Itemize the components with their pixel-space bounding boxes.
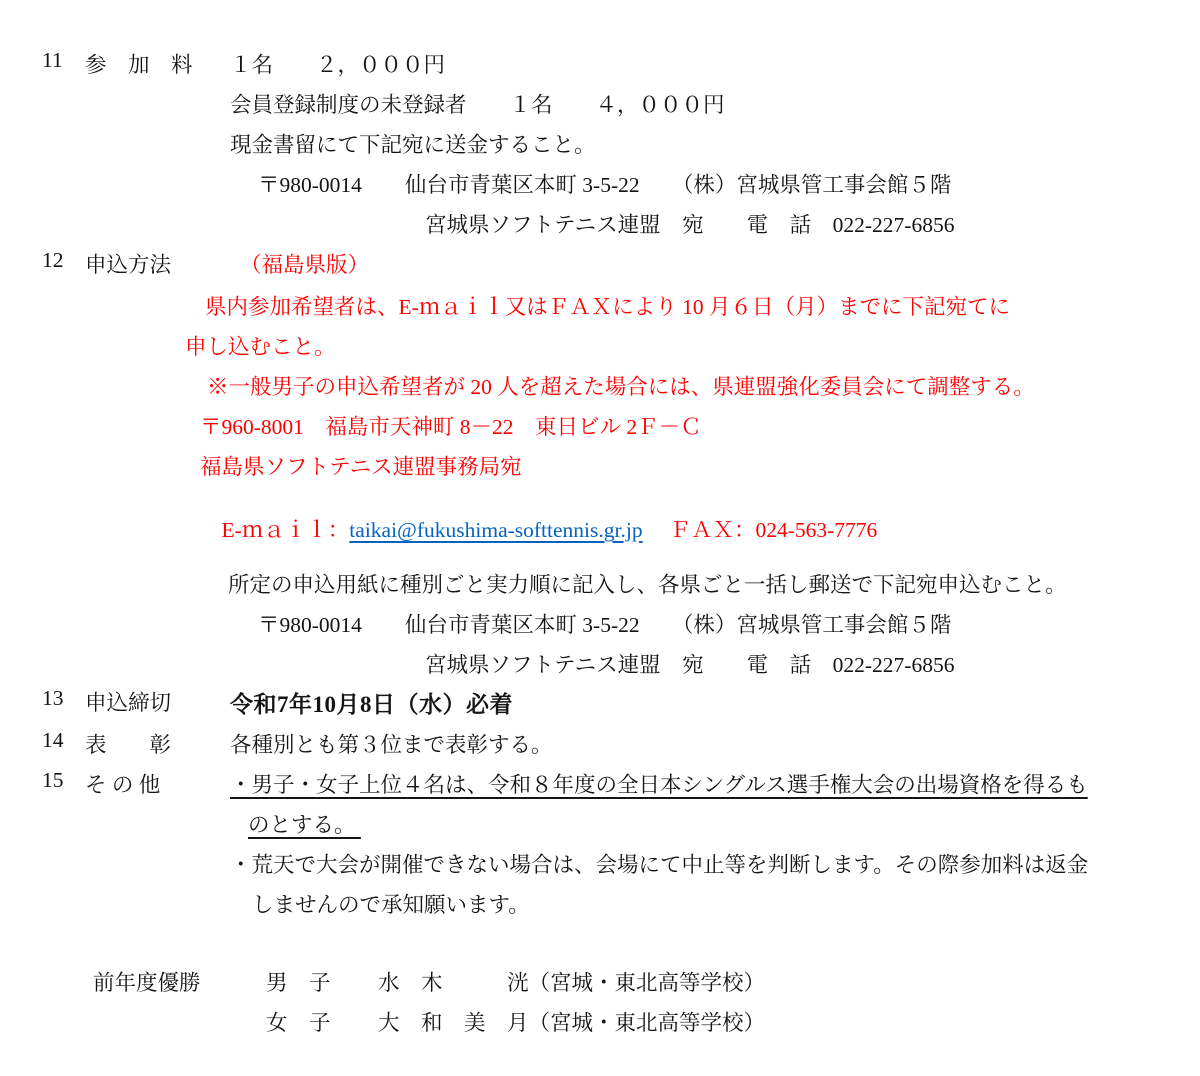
item14-number: 14 xyxy=(42,728,64,753)
item12-label: 申込方法 xyxy=(85,248,171,279)
item12-red-line4: 〒960-8001 福島市天神町 8－22 東日ビル 2Ｆ－Ｃ xyxy=(200,410,702,441)
item12-red-line2: 申し込むこと。 xyxy=(185,330,336,361)
item12-address-line2: 宮城県ソフトテニス連盟 宛 電 話 022-227-6856 xyxy=(425,648,954,679)
women-label: 女 子 xyxy=(266,1006,331,1037)
item12-red-line1: 県内参加希望者は、E-ｍａｉｌ又はＦＡＸにより 10 月６日（月）までに下記宛て… xyxy=(205,290,1010,321)
item12-number: 12 xyxy=(42,248,64,273)
item11-address-line2: 宮城県ソフトテニス連盟 宛 電 話 022-227-6856 xyxy=(425,208,954,239)
item11-fee-line2: 会員登録制度の未登録者 １名 ４，０００円 xyxy=(230,88,725,119)
tournament-notice-document: 11 参 加 料 １名 ２，０００円 会員登録制度の未登録者 １名 ４，０００円… xyxy=(0,0,1200,1076)
item13-row: 13 申込締切 令和7年10月8日（水）必着 xyxy=(0,686,1200,718)
item12-red-line3: ※一般男子の申込希望者が 20 人を超えた場合には、県連盟強化委員会にて調整する… xyxy=(207,370,1035,401)
item12-red-row1: 県内参加希望者は、E-ｍａｉｌ又はＦＡＸにより 10 月６日（月）までに下記宛て… xyxy=(0,290,1200,322)
men-name-school: 水 木 洸（宮城・東北高等学校） xyxy=(378,966,765,997)
email-label: E-ｍａｉｌ： xyxy=(222,518,350,542)
item12-address-row1: 〒980-0014 仙台市青葉区本町 3-5-22 （株）宮城県管工事会館５階 xyxy=(0,608,1200,640)
item15-bullet1-line2: のとする。 xyxy=(248,808,361,839)
item15-number: 15 xyxy=(42,768,64,793)
previous-winners-label: 前年度優勝 xyxy=(93,966,201,997)
fax-label: ＦＡＸ：024-563-7776 xyxy=(643,518,878,542)
item15-bullet2-line1: ・荒天で大会が開催できない場合は、会場にて中止等を判断します。その際参加料は返金 xyxy=(230,848,1088,879)
item12-black-line1: 所定の申込用紙に種別ごと実力順に記入し、各県ごと一括し郵送で下記宛申込むこと。 xyxy=(228,568,1067,599)
item12-red-row4: 〒960-8001 福島市天神町 8－22 東日ビル 2Ｆ－Ｃ xyxy=(0,410,1200,442)
women-name-school: 大 和 美 月（宮城・東北高等学校） xyxy=(378,1006,765,1037)
item11-header-row: 11 参 加 料 １名 ２，０００円 xyxy=(0,48,1200,80)
previous-winners-men-row: 前年度優勝 男 子 水 木 洸（宮城・東北高等学校） xyxy=(0,966,1200,998)
item12-address-line1: 〒980-0014 仙台市青葉区本町 3-5-22 （株）宮城県管工事会館５階 xyxy=(258,608,951,639)
item12-black-row1: 所定の申込用紙に種別ごと実力順に記入し、各県ごと一括し郵送で下記宛申込むこと。 xyxy=(0,568,1200,600)
item13-number: 13 xyxy=(42,686,64,711)
item12-red-line5: 福島県ソフトテニス連盟事務局宛 xyxy=(200,450,522,481)
item14-text: 各種別とも第３位まで表彰する。 xyxy=(230,728,553,759)
item12-red-row2: 申し込むこと。 xyxy=(0,330,1200,362)
item15-bullet2-line2: しませんので承知願います。 xyxy=(252,888,530,919)
item15-bullet1-row2: のとする。 xyxy=(0,808,1200,840)
item14-row: 14 表 彰 各種別とも第３位まで表彰する。 xyxy=(0,728,1200,760)
item11-fee-line3: 現金書留にて下記宛に送金すること。 xyxy=(230,128,596,159)
item11-fee-row2: 会員登録制度の未登録者 １名 ４，０００円 xyxy=(0,88,1200,120)
item14-label: 表 彰 xyxy=(85,728,171,759)
item11-address-row1: 〒980-0014 仙台市青葉区本町 3-5-22 （株）宮城県管工事会館５階 xyxy=(0,168,1200,200)
item12-header-row: 12 申込方法 （福島県版） xyxy=(0,248,1200,280)
item12-address-row2: 宮城県ソフトテニス連盟 宛 電 話 022-227-6856 xyxy=(0,648,1200,680)
item15-header-row: 15 そ の 他 ・男子・女子上位４名は、令和８年度の全日本シングルス選手権大会… xyxy=(0,768,1200,800)
item12-red-row5: 福島県ソフトテニス連盟事務局宛 xyxy=(0,450,1200,482)
item11-label: 参 加 料 xyxy=(85,48,193,79)
item12-red-row3: ※一般男子の申込希望者が 20 人を超えた場合には、県連盟強化委員会にて調整する… xyxy=(0,370,1200,402)
item13-deadline: 令和7年10月8日（水）必着 xyxy=(230,686,513,719)
email-link[interactable]: taikai@fukushima-softtennis.gr.jp xyxy=(349,518,642,542)
item15-bullet2-row1: ・荒天で大会が開催できない場合は、会場にて中止等を判断します。その際参加料は返金 xyxy=(0,848,1200,880)
item11-number: 11 xyxy=(42,48,63,73)
item11-fee-row3: 現金書留にて下記宛に送金すること。 xyxy=(0,128,1200,160)
item15-label: そ の 他 xyxy=(85,768,160,799)
item15-bullet2-row2: しませんので承知願います。 xyxy=(0,888,1200,920)
item13-label: 申込締切 xyxy=(85,686,171,717)
item15-bullet1-line1: ・男子・女子上位４名は、令和８年度の全日本シングルス選手権大会の出場資格を得るも xyxy=(230,768,1088,799)
item12-fukushima-note: （福島県版） xyxy=(240,248,369,279)
item11-address-line1: 〒980-0014 仙台市青葉区本町 3-5-22 （株）宮城県管工事会館５階 xyxy=(258,168,951,199)
item11-address-row2: 宮城県ソフトテニス連盟 宛 電 話 022-227-6856 xyxy=(0,208,1200,240)
men-label: 男 子 xyxy=(266,966,331,997)
item11-fee-line1: １名 ２，０００円 xyxy=(230,48,445,79)
item12-contact-row: E-ｍａｉｌ：taikai@fukushima-softtennis.gr.jp… xyxy=(200,488,877,569)
previous-winners-women-row: 女 子 大 和 美 月（宮城・東北高等学校） xyxy=(0,1006,1200,1038)
